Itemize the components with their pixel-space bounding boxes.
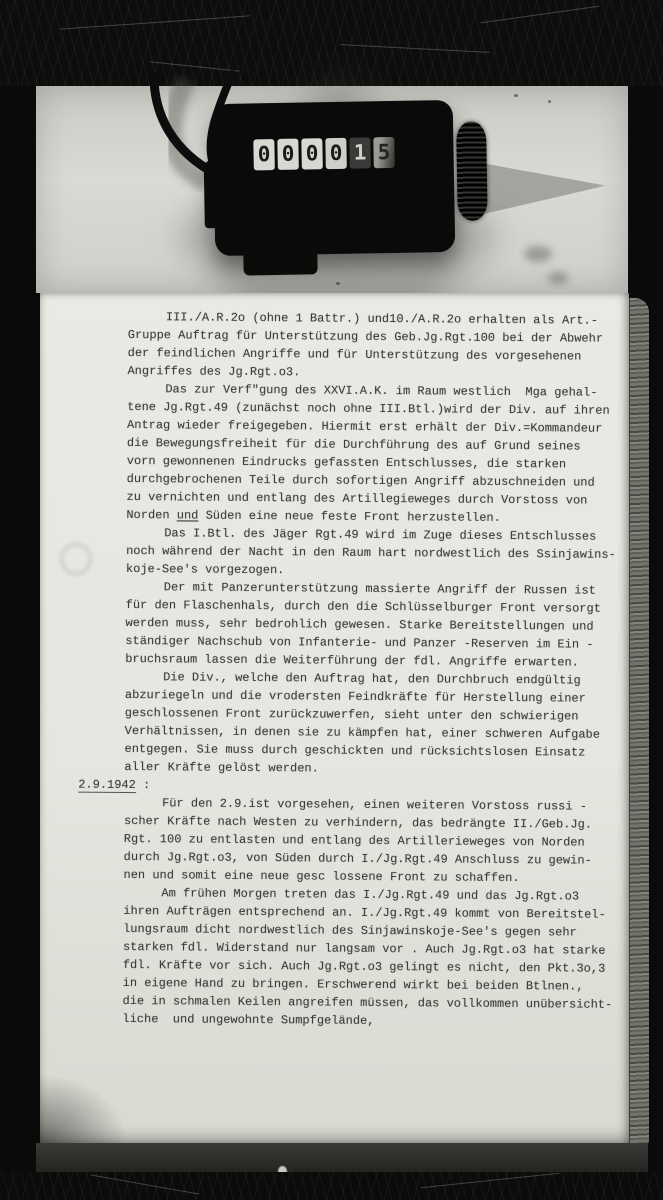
film-bottom-band	[0, 1172, 663, 1200]
counter-digit: 0	[325, 138, 347, 169]
counter-digit: 0	[253, 139, 275, 170]
film-scratches	[0, 0, 663, 86]
typed-paragraph: Der mit Panzerunterstützung massierte An…	[125, 578, 619, 672]
ring-smudge	[60, 543, 92, 575]
counter-digit: 0	[277, 139, 299, 170]
counter-lug	[243, 244, 318, 275]
counter-lug	[204, 162, 223, 228]
counter-knob	[456, 121, 488, 221]
film-top-band	[0, 0, 663, 86]
smudge	[548, 272, 568, 284]
typed-paragraph: Das zur Verf"gung des XXVI.A.K. im Raum …	[126, 380, 620, 528]
counter-digits: 000015	[253, 137, 395, 170]
tally-counter: 000015	[213, 100, 456, 256]
counter-digit: 5	[373, 137, 395, 168]
typed-text: III./A.R.2o (ohne 1 Battr.) und10./A.R.2…	[122, 308, 621, 1032]
typed-paragraph: Für den 2.9.ist vorgesehen, einen weiter…	[123, 794, 617, 888]
smudge	[524, 246, 552, 262]
dust-speck	[336, 282, 340, 285]
typed-paragraph: Das I.Btl. des Jäger Rgt.49 wird im Zuge…	[126, 524, 619, 582]
counter-card: 000015	[36, 86, 628, 293]
dust-speck	[514, 94, 518, 97]
typed-paragraph: III./A.R.2o (ohne 1 Battr.) und10./A.R.2…	[127, 308, 621, 384]
typed-paragraph: Die Div., welche den Auftrag hat, den Du…	[124, 668, 618, 780]
microfilm-photo: 000015 III./A.R.2o (ohne 1 Battr.) und10…	[0, 0, 663, 1200]
document-page: III./A.R.2o (ohne 1 Battr.) und10./A.R.2…	[40, 293, 629, 1143]
page-corner-shadow	[40, 1068, 135, 1143]
page-stack-edge	[629, 298, 649, 1148]
typed-paragraph: Am frühen Morgen treten das I./Jg.Rgt.49…	[122, 884, 616, 1032]
page-bottom-shadow	[36, 1143, 648, 1172]
counter-digit: 0	[301, 138, 323, 169]
counter-digit: 1	[349, 137, 371, 168]
dust-speck	[548, 100, 551, 103]
